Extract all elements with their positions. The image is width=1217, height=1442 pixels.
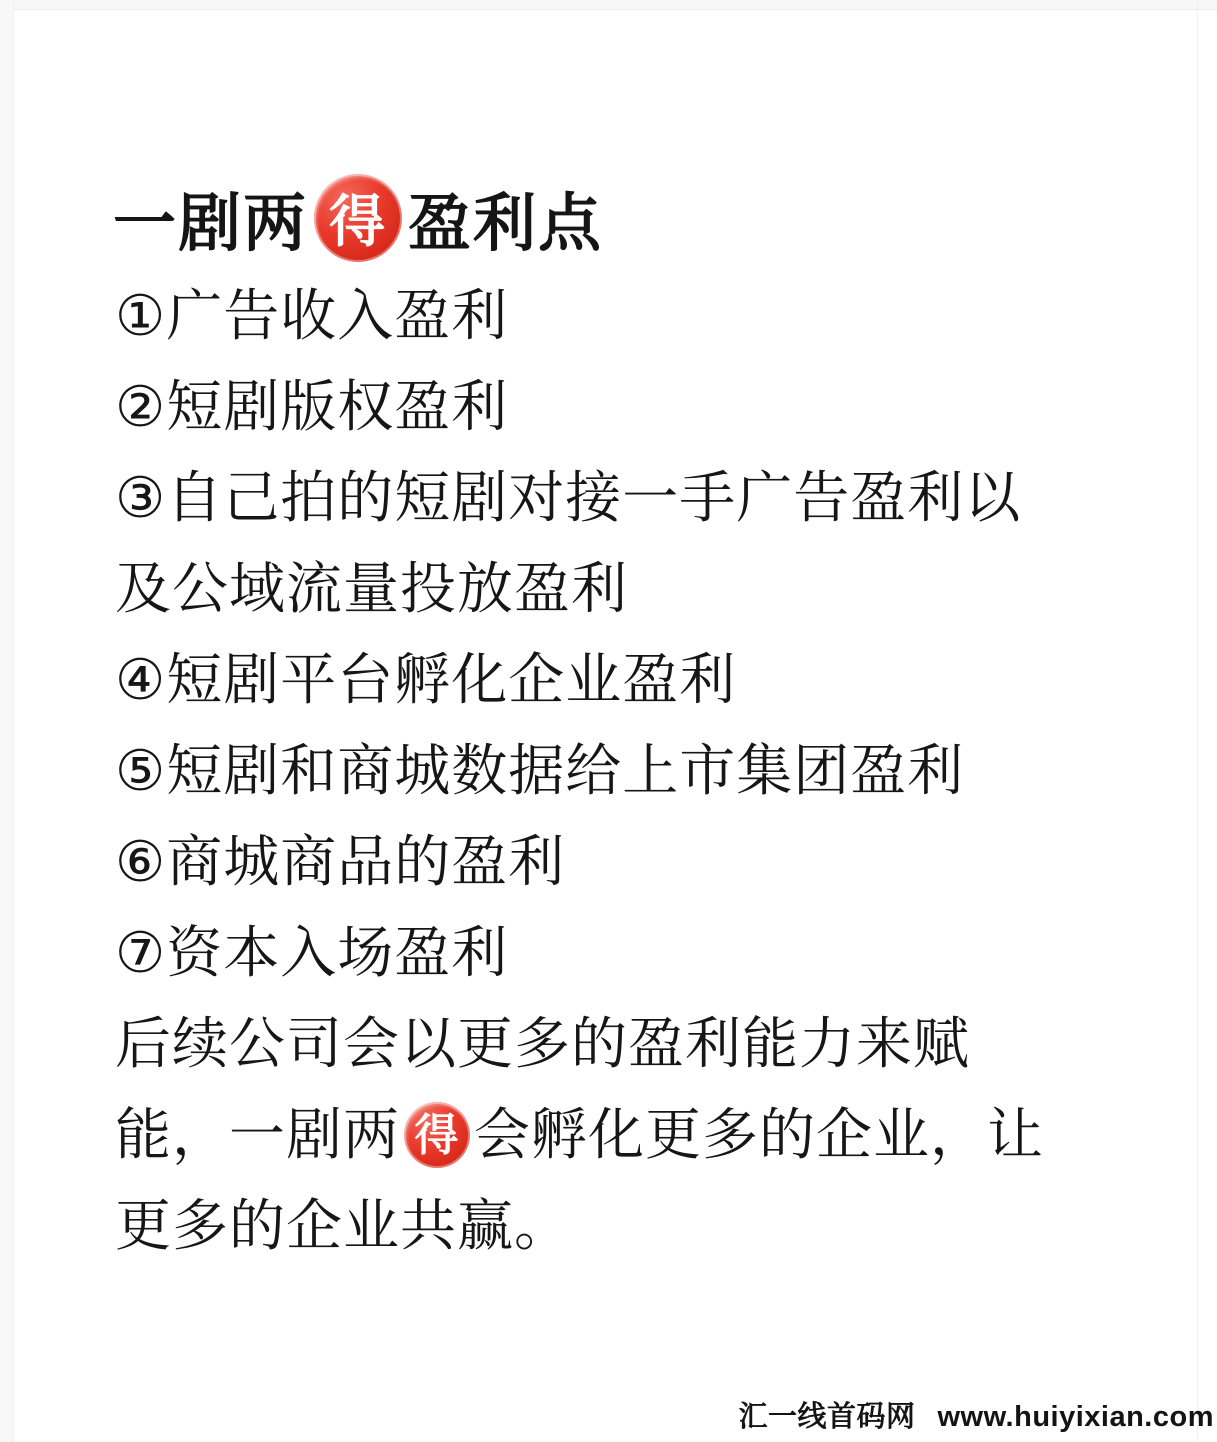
closing-line-2-post: 会孵化更多的企业，让	[474, 1103, 1044, 1166]
list-item-6: ⑥商城商品的盈利	[115, 816, 1115, 907]
list-item-1: ①广告收入盈利	[115, 270, 1115, 361]
page-edge-top	[0, 0, 1217, 10]
list-item-7: ⑦资本入场盈利	[115, 907, 1115, 998]
page-edge-left	[0, 0, 14, 1442]
list-item-5: ⑤短剧和商城数据给上市集团盈利	[115, 725, 1115, 816]
de-badge-icon: 得	[404, 1102, 470, 1168]
body-text: ①广告收入盈利 ②短剧版权盈利 ③自己拍的短剧对接一手广告盈利以 及公域流量投放…	[115, 270, 1115, 1271]
closing-line-3: 更多的企业共赢。	[115, 1180, 1115, 1271]
list-item-4: ④短剧平台孵化企业盈利	[115, 634, 1115, 725]
watermark-url: www.huiyixian.com	[937, 1401, 1214, 1434]
closing-line-2: 能，一剧两得会孵化更多的企业，让	[115, 1089, 1115, 1180]
title-text-post: 盈利点	[408, 173, 603, 264]
title-text-pre: 一剧两	[113, 173, 308, 264]
page-title: 一剧两 得 盈利点	[113, 172, 603, 264]
watermark: 汇一线首码网 www.huiyixian.com	[738, 1394, 1214, 1435]
list-item-3-line-2: 及公域流量投放盈利	[115, 543, 1115, 634]
list-item-3-line-1: ③自己拍的短剧对接一手广告盈利以	[115, 452, 1115, 543]
watermark-site-name: 汇一线首码网	[738, 1394, 915, 1435]
list-item-2: ②短剧版权盈利	[115, 361, 1115, 452]
closing-line-1: 后续公司会以更多的盈利能力来赋	[115, 998, 1115, 1089]
closing-line-2-pre: 能，一剧两	[115, 1103, 400, 1166]
de-badge-icon: 得	[314, 174, 402, 262]
page-edge-right-seam	[1197, 0, 1198, 1442]
